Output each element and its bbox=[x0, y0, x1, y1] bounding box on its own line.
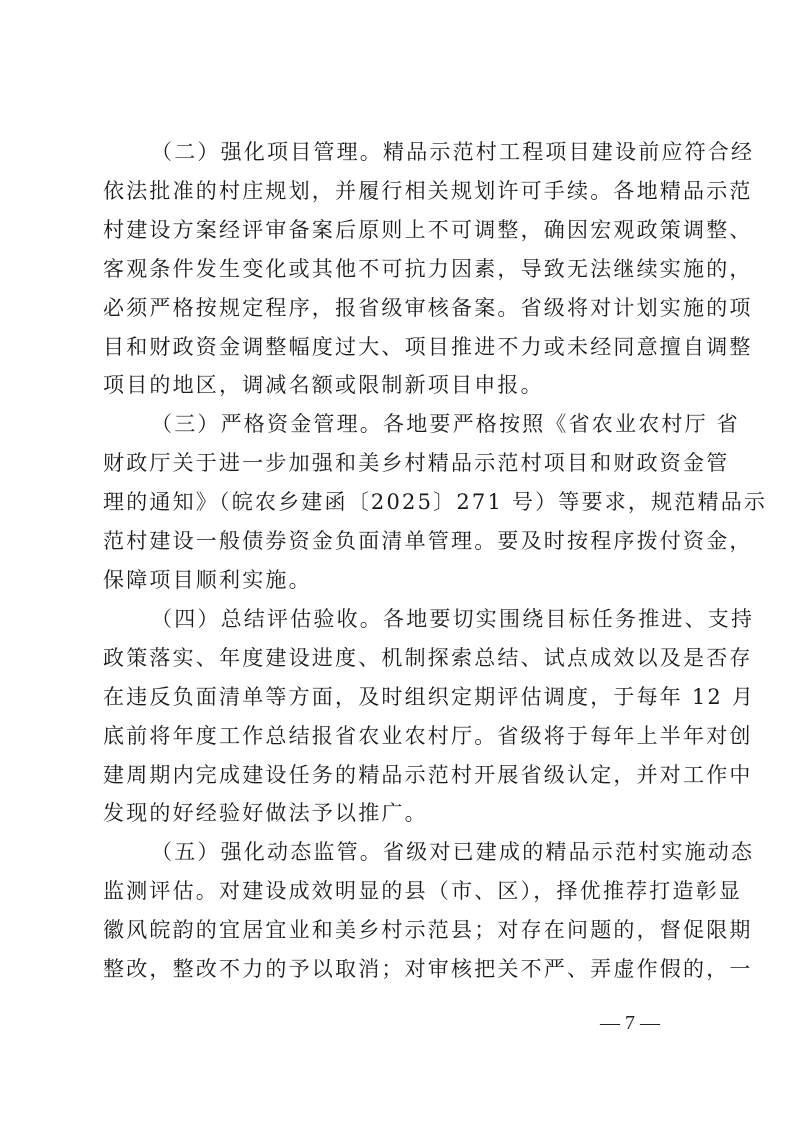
text-line: 政策落实、年度建设进度、机制探索总结、试点成效以及是否存 bbox=[103, 639, 697, 678]
text-line: 徽风皖韵的宜居宜业和美乡村示范县；对存在问题的，督促限期 bbox=[103, 911, 697, 950]
text-line: （三）严格资金管理。各地要严格按照《省农业农村厅 省 bbox=[103, 405, 697, 444]
text-line: 监测评估。对建设成效明显的县（市、区），择优推荐打造彰显 bbox=[103, 872, 697, 911]
text-line: 客观条件发生变化或其他不可抗力因素，导致无法继续实施的， bbox=[103, 250, 697, 289]
text-line: 依法批准的村庄规划，并履行相关规划许可手续。各地精品示范 bbox=[103, 172, 697, 211]
paragraph-dynamic-supervision: （五）强化动态监管。省级对已建成的精品示范村实施动态 监测评估。对建设成效明显的… bbox=[103, 833, 697, 989]
paragraph-fund-management: （三）严格资金管理。各地要严格按照《省农业农村厅 省 财政厅关于进一步加强和美乡… bbox=[103, 405, 697, 600]
text-line: （二）强化项目管理。精品示范村工程项目建设前应符合经 bbox=[103, 133, 697, 172]
text-line: 整改，整改不力的予以取消；对审核把关不严、弄虚作假的，一 bbox=[103, 950, 697, 989]
document-body: （二）强化项目管理。精品示范村工程项目建设前应符合经 依法批准的村庄规划，并履行… bbox=[103, 133, 697, 989]
paragraph-evaluation-acceptance: （四）总结评估验收。各地要切实围绕目标任务推进、支持 政策落实、年度建设进度、机… bbox=[103, 600, 697, 833]
page-number: — 7 — bbox=[590, 1012, 670, 1035]
text-line: 建周期内完成建设任务的精品示范村开展省级认定，并对工作中 bbox=[103, 756, 697, 795]
text-line: 保障项目顺利实施。 bbox=[103, 561, 697, 600]
text-line: 范村建设一般债券资金负面清单管理。要及时按程序拨付资金， bbox=[103, 522, 697, 561]
text-line: （五）强化动态监管。省级对已建成的精品示范村实施动态 bbox=[103, 833, 697, 872]
text-line: 发现的好经验好做法予以推广。 bbox=[103, 794, 697, 833]
document-page: （二）强化项目管理。精品示范村工程项目建设前应符合经 依法批准的村庄规划，并履行… bbox=[0, 0, 793, 1122]
text-line: （四）总结评估验收。各地要切实围绕目标任务推进、支持 bbox=[103, 600, 697, 639]
text-line: 理的通知》（皖农乡建函〔2025〕271 号）等要求，规范精品示 bbox=[103, 483, 697, 522]
text-line: 底前将年度工作总结报省农业农村厅。省级将于每年上半年对创 bbox=[103, 717, 697, 756]
text-line: 在违反负面清单等方面，及时组织定期评估调度，于每年 12 月 bbox=[103, 678, 697, 717]
text-line: 目和财政资金调整幅度过大、项目推进不力或未经同意擅自调整 bbox=[103, 328, 697, 367]
text-line: 财政厅关于进一步加强和美乡村精品示范村项目和财政资金管 bbox=[103, 444, 697, 483]
paragraph-project-management: （二）强化项目管理。精品示范村工程项目建设前应符合经 依法批准的村庄规划，并履行… bbox=[103, 133, 697, 405]
text-line: 村建设方案经评审备案后原则上不可调整，确因宏观政策调整、 bbox=[103, 211, 697, 250]
text-line: 必须严格按规定程序，报省级审核备案。省级将对计划实施的项 bbox=[103, 289, 697, 328]
text-line: 项目的地区，调减名额或限制新项目申报。 bbox=[103, 366, 697, 405]
